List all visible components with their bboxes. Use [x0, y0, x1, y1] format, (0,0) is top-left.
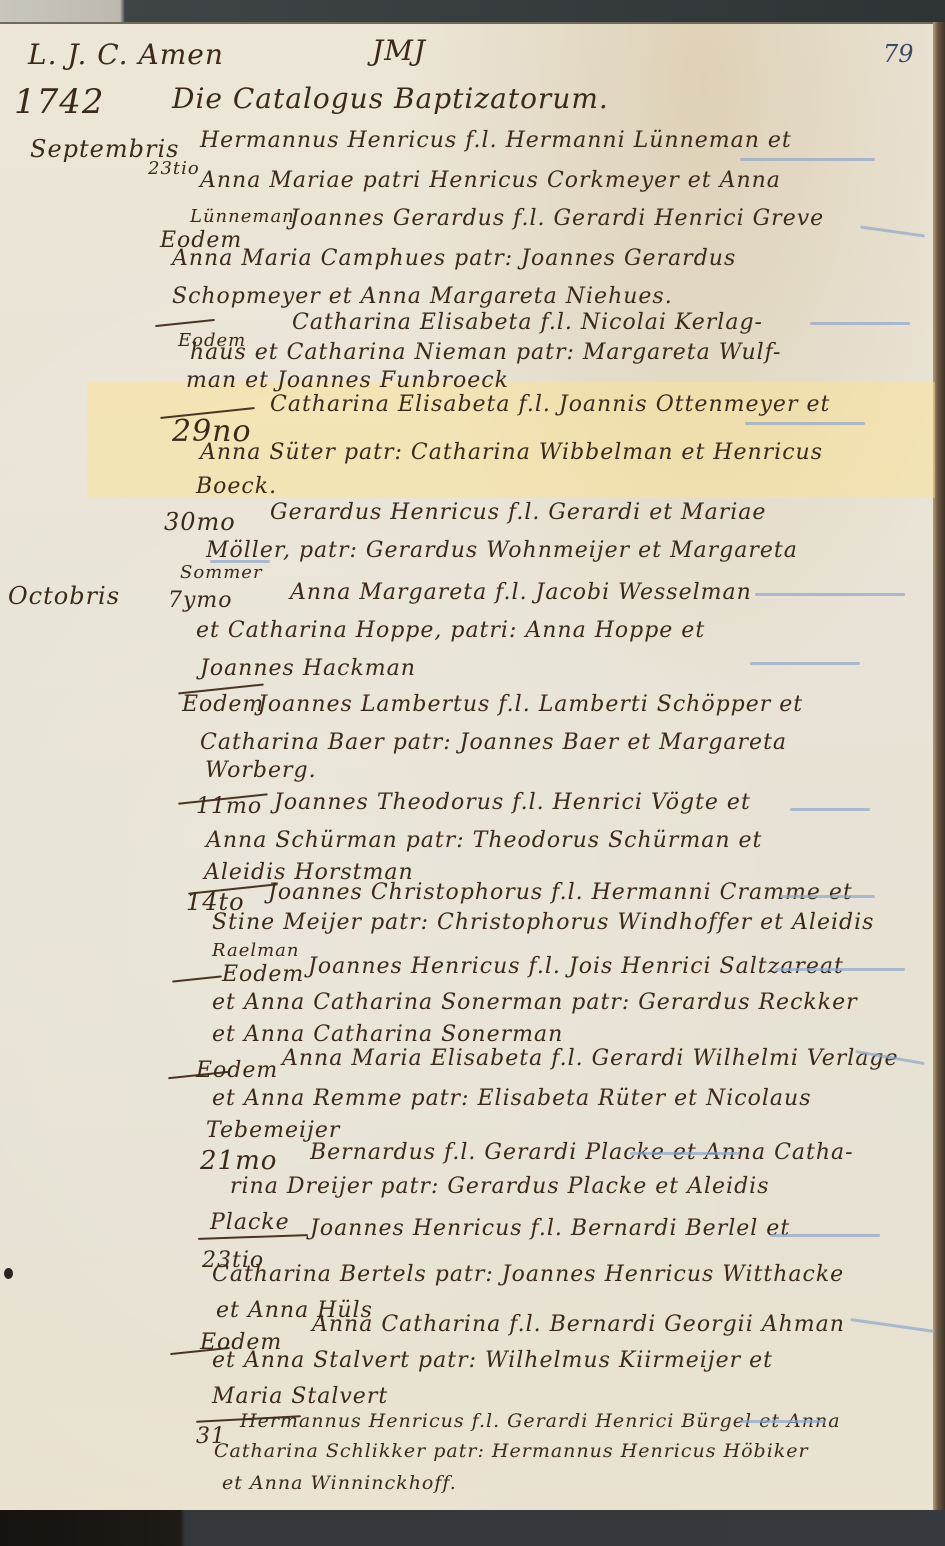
entry-date: Eodem	[222, 962, 304, 987]
entry-line: man et Joannes Funbroeck	[186, 368, 509, 393]
entry-line: Catharina Bertels patr: Joannes Henricus…	[212, 1262, 844, 1287]
header-title: Die Catalogus Baptizatorum.	[172, 82, 609, 115]
entry-line: Worberg.	[205, 758, 317, 783]
entry-line: et Anna Catharina Sonerman	[212, 1022, 563, 1047]
entry-date: 11mo	[196, 794, 262, 819]
entry-line: Lünneman	[190, 206, 295, 227]
entry-date: Eodem	[182, 692, 264, 717]
entry-line: Joannes Theodorus f.l. Henrici Vögte et	[274, 790, 751, 815]
entry-line: Anna Mariae patri Henricus Corkmeyer et …	[200, 168, 781, 193]
ink-blot	[4, 1268, 13, 1279]
entry-line: Anna Maria Elisabeta f.l. Gerardi Wilhel…	[282, 1046, 899, 1071]
page-number: 79	[883, 40, 914, 68]
entry-line: et Anna Remme patr: Elisabeta Rüter et N…	[212, 1086, 811, 1111]
header-year: 1742	[14, 82, 105, 122]
background-bottom	[0, 1510, 945, 1546]
annotation-underline	[210, 560, 270, 563]
entry-line: et Anna Stalvert patr: Wilhelmus Kiirmei…	[212, 1348, 773, 1373]
entry-line-highlighted: Boeck.	[196, 474, 277, 499]
entry-line: Joannes Henricus f.l. Jois Henrici Saltz…	[308, 954, 844, 979]
entry-line: Anna Maria Camphues patr: Joannes Gerard…	[172, 246, 736, 271]
header-monogram: JMJ	[372, 34, 426, 67]
entry-line: haus et Catharina Nieman patr: Margareta…	[190, 340, 781, 365]
entry-date: 23tio	[148, 158, 200, 179]
entry-date: 7ymo	[168, 588, 233, 613]
margin-month-october: Octobris	[8, 582, 120, 610]
entry-line: et Anna Catharina Sonerman patr: Gerardu…	[212, 990, 858, 1015]
entry-line: Catharina Schlikker patr: Hermannus Henr…	[214, 1440, 809, 1462]
entry-line: Joannes Lambertus f.l. Lamberti Schöpper…	[258, 692, 803, 717]
entry-line-highlighted: Anna Süter patr: Catharina Wibbelman et …	[200, 440, 823, 465]
entry-line: Stine Meijer patr: Christophorus Windhof…	[212, 910, 874, 935]
entry-line: Maria Stalvert	[212, 1384, 388, 1409]
entry-date: 30mo	[164, 508, 236, 536]
annotation-underline	[630, 1152, 740, 1155]
entry-line: Joannes Christophorus f.l. Hermanni Cram…	[268, 880, 853, 905]
annotation-underline	[740, 1420, 825, 1423]
annotation-underline	[770, 1234, 880, 1237]
entry-line: Anna Schürman patr: Theodorus Schürman e…	[206, 828, 762, 853]
header-invocation: L. J. C. Amen	[28, 38, 224, 71]
entry-line: Möller, patr: Gerardus Wohnmeijer et Mar…	[206, 538, 798, 563]
entry-date: 21mo	[200, 1146, 277, 1176]
annotation-underline	[745, 422, 865, 425]
entry-line: et Catharina Hoppe, patri: Anna Hoppe et	[196, 618, 705, 643]
page-binding-edge	[933, 22, 945, 1526]
entry-date: Eodem	[196, 1058, 278, 1083]
annotation-underline	[790, 808, 870, 811]
entry-line: Bernardus f.l. Gerardi Placke et Anna Ca…	[310, 1140, 854, 1165]
entry-line: Anna Catharina f.l. Bernardi Georgii Ahm…	[312, 1312, 845, 1337]
entry-line: Joannes Gerardus f.l. Gerardi Henrici Gr…	[290, 206, 824, 231]
annotation-underline	[740, 158, 875, 161]
entry-line: Sommer	[180, 562, 263, 583]
annotation-underline	[750, 662, 860, 665]
entry-line-highlighted: Catharina Elisabeta f.l. Joannis Ottenme…	[270, 392, 830, 417]
annotation-underline	[775, 968, 905, 971]
entry-line: Raelman	[212, 940, 300, 961]
entry-line: Joannes Henricus f.l. Bernardi Berlel et	[310, 1216, 790, 1241]
entry-line: Catharina Baer patr: Joannes Baer et Mar…	[200, 730, 787, 755]
entry-line: Anna Margareta f.l. Jacobi Wesselman	[290, 580, 752, 605]
entry-line: Placke	[210, 1210, 290, 1235]
entry-line: et Anna Winninckhoff.	[222, 1472, 457, 1494]
entry-line: Joannes Hackman	[200, 656, 416, 681]
entry-line: rina Dreijer patr: Gerardus Placke et Al…	[230, 1174, 770, 1199]
entry-line: Gerardus Henricus f.l. Gerardi et Mariae	[270, 500, 766, 525]
annotation-underline	[780, 895, 875, 898]
annotation-underline	[755, 593, 905, 596]
entry-line: Hermannus Henricus f.l. Hermanni Lünnema…	[200, 128, 792, 153]
entry-line: Schopmeyer et Anna Margareta Niehues.	[172, 284, 673, 309]
annotation-underline	[810, 322, 910, 325]
entry-line: Catharina Elisabeta f.l. Nicolai Kerlag-	[292, 310, 763, 335]
background-top	[0, 0, 945, 24]
